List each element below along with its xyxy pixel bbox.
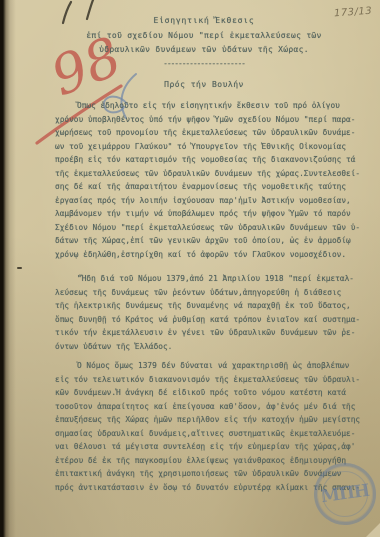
typewritten-line: τοσοῦτον ἀπαραίτητος καί ἐπείγουσα καθ'ὅ… — [55, 400, 375, 414]
paragraph: "Ἤδη διά τοῦ Νόμου 1379,ἀπό 21 Ἀπριλίου … — [55, 272, 375, 353]
typewritten-line: όντων ὑδάτων τῆς Ἑλλάδος. — [55, 340, 375, 354]
document-body: Ὅπως ἐδηλοῦτο εἰς τήν εἰσηγητικήν ἔκθεσι… — [55, 99, 375, 494]
typewritten-line: τῆς ἐκμεταλλεύσεως τῶν ὑδραυλικῶν δυνάμε… — [55, 167, 375, 181]
corner-fold — [366, 523, 380, 537]
typewritten-line: λεύσεως τῆς δυνάμεως τῶν ῥεόντων ὑδάτων,… — [55, 286, 375, 300]
dashed-divider: ---------------------- — [48, 58, 360, 70]
paragraph: Ὅπως ἐδηλοῦτο εἰς τήν εἰσηγητικήν ἔκθεσι… — [55, 99, 375, 261]
typewritten-line: ὅπως δυνηθῇ τό Κράτος νά ῥυθμίσῃ κατά τρ… — [55, 313, 375, 327]
typewritten-line: "Ἤδη διά τοῦ Νόμου 1379,ἀπό 21 Ἀπριλίου … — [55, 272, 375, 286]
salutation: Πρός τήν Βουλήν — [48, 80, 360, 89]
typewritten-line: Ὁ Νόμος ὅμως 1379 δέν δύναται νά χαρακτη… — [55, 359, 375, 373]
typewritten-line: εἰς τόν τελειωτικόν διακανονισμόν τῆς ἐκ… — [55, 373, 375, 387]
document-title: Εἰσηγητική Ἔκθεσις — [48, 14, 360, 29]
archive-stamp-inner-ring: ΜΠΗ — [319, 468, 371, 520]
typewritten-line: σημασίας ὑδραυλικαί δυνάμεις,αἵτινες συσ… — [55, 427, 375, 441]
typewritten-line: ἑτέρου δέ ἐκ τῆς παγκοσμίου ἐλλείψεως γα… — [55, 454, 375, 468]
title-subtitle-line: ὑδραυλικῶν δυνάμεων τῶν ὑδάτων τῆς Χώρας… — [48, 43, 360, 58]
typewritten-line: δάτων τῆς Χώρας,ἐπί τῶν γενικῶν ἀρχῶν το… — [55, 234, 375, 248]
typewritten-line: τῆς ἠλεκτρικῆς δυνάμεως τῆς δυναμένης νά… — [55, 299, 375, 313]
typewritten-line: ναι θέλουσι τά μέγιστα συντελέσῃ εἰς τήν… — [55, 440, 375, 454]
typewritten-line: ων τοῦ χειμάρρου Γλαύκου" τό Ὑπουργεῖον … — [55, 140, 375, 154]
typewritten-line: ἐπαυξήσεως τῆς Χώρας ἡμῶν περιῆλθον εἰς … — [55, 413, 375, 427]
typewritten-line: τικόν τήν ἐκμετάλλευσιν ἐν γένει τῶν ὑδρ… — [55, 326, 375, 340]
typewritten-line: κῶν δυνάμεων.Ἡ ἀνάγκη δέ εἰδικοῦ πρός το… — [55, 386, 375, 400]
typewritten-line: χρόνου ὑποβληθέντος ὑπό τήν ψῆφον Ὑμῶν σ… — [55, 113, 375, 127]
stamp-monogram: ΜΠΗ — [320, 481, 370, 507]
typewritten-line: χωρήσεως τοῦ προνομίου τῆς ἐκμεταλλεύσεω… — [55, 126, 375, 140]
typewritten-line: προέβη εἰς τόν καταρτισμόν τῆς νομοθεσία… — [55, 153, 375, 167]
scanned-document-page: 173/13 98 Εἰσηγητική Ἔκθεσις ἐπί τοῦ σχε… — [0, 0, 380, 537]
typewritten-line: ἐργασίας πρός τήν λοιπήν ἰσχύουσαν παρ'ἡ… — [55, 194, 375, 208]
title-block: Εἰσηγητική Ἔκθεσις ἐπί τοῦ σχεδίου Νόμου… — [48, 14, 360, 70]
ink-speck — [17, 267, 22, 269]
typewritten-line: Ὅπως ἐδηλοῦτο εἰς τήν εἰσηγητικήν ἔκθεσι… — [55, 99, 375, 113]
typewritten-line: λαμβάνομεν τήν τιμήν νά ὑποβάλωμεν πρός … — [55, 207, 375, 221]
typewritten-line: χρόνῳ ἐδηλώθη,ἐστηρίχθη καί τό ἀφορῶν τό… — [55, 248, 375, 262]
title-subtitle-line: ἐπί τοῦ σχεδίου Νόμου "περί ἐκμεταλλεύσε… — [48, 29, 360, 44]
typewritten-line: Σχέδιον Νόμου "περί ἐκμεταλλεύσεως τῶν ὑ… — [55, 221, 375, 235]
typewritten-line: σης δέ καί τῆς ἀπαραιτήτου ἐναρμονίσεως … — [55, 180, 375, 194]
binding-edge — [0, 0, 16, 537]
